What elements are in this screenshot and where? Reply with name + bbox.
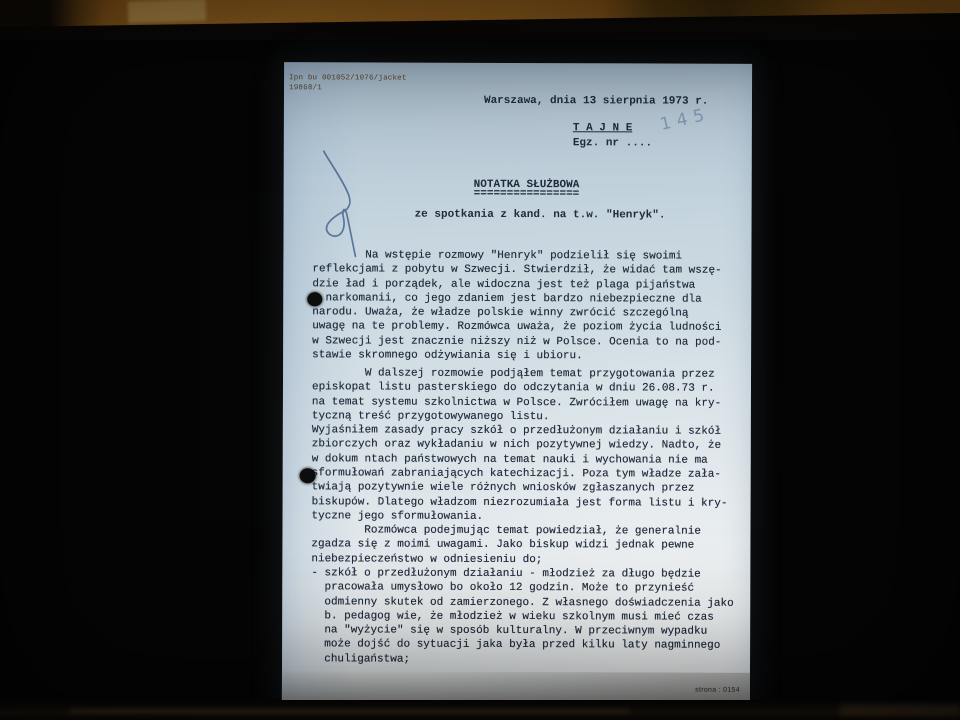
desk-corner-highlight bbox=[840, 704, 960, 716]
page-number-label: strona : 0154 bbox=[695, 687, 740, 694]
classification-label: T A J N E bbox=[573, 122, 632, 134]
document-title-underline: ================ bbox=[474, 188, 580, 200]
copy-number-line: Egz. nr .... bbox=[573, 137, 652, 149]
document-date-line: Warszawa, dnia 13 sierpnia 1973 r. bbox=[484, 95, 708, 108]
desk-edge bbox=[0, 700, 960, 720]
document-subtitle: ze spotkania z kand. na t.w. "Henryk". bbox=[415, 209, 666, 222]
document-page[interactable]: Ipn bu 001052/1076/jacket 19868/1 Warsza… bbox=[282, 62, 752, 703]
hole-punch-top bbox=[307, 292, 322, 306]
paragraph-1: Na wstępie rozmowy "Henryk" podzielił si… bbox=[312, 248, 748, 364]
list-item-1: - szkół o przedłużonym działaniu - młodz… bbox=[311, 566, 747, 668]
paragraph-3: Rozmówca podejmując temat powiedział, że… bbox=[311, 523, 747, 567]
handwritten-paraph-icon bbox=[313, 148, 369, 260]
handwritten-page-number: 145 bbox=[658, 104, 712, 135]
scan-footer-strip: strona : 0154 bbox=[282, 671, 750, 703]
paragraph-2: W dalszej rozmowie podjąłem temat przygo… bbox=[312, 366, 749, 525]
hole-punch-bottom bbox=[300, 468, 316, 483]
desk-highlight bbox=[70, 709, 630, 713]
archive-reference-stamp: Ipn bu 001052/1076/jacket 19868/1 bbox=[289, 74, 407, 93]
wall-notice bbox=[128, 0, 207, 23]
photo-of-monitor: LATRONW1942T Ipn bu 001052/1076/jacket 1… bbox=[0, 0, 960, 720]
